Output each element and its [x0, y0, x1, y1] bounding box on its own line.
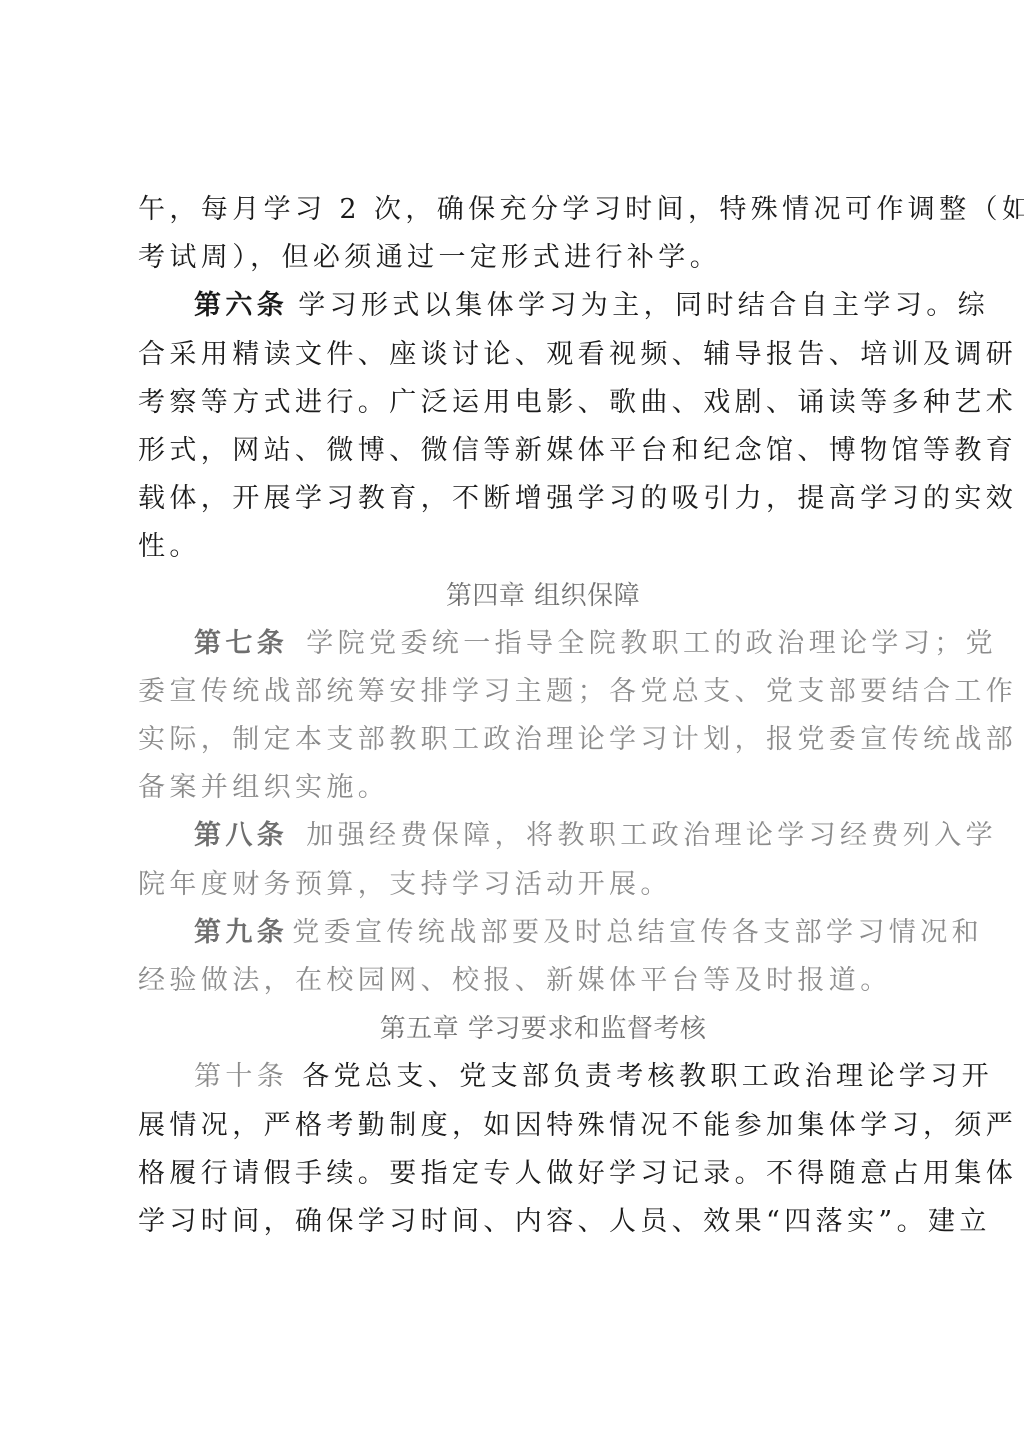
- article-7-first-line: 第七条学院党委统一指导全院教职工的政治理论学习；党: [138, 620, 900, 668]
- text-segment: 学习形式以集体学习为主，同时结合自主学习。综: [298, 290, 989, 321]
- text-line: 经验做法，在校园网、校报、新媒体平台等及时报道。: [138, 957, 900, 1005]
- text-line: 载体，开展学习教育，不断增强学习的吸引力，提高学习的实效: [138, 475, 900, 523]
- article-7-label: 第七条: [194, 628, 288, 659]
- text-line: 委宣传统战部统筹安排学习主题；各党总支、党支部要结合工作: [138, 668, 900, 716]
- text-line: 展情况，严格考勤制度，如因特殊情况不能参加集体学习，须严: [138, 1102, 900, 1150]
- text-segment: 各党总支、党支部负责考核教职工政治理论学习开: [302, 1061, 993, 1092]
- article-9-first-line: 第九条党委宣传统战部要及时总结宣传各支部学习情况和: [138, 909, 900, 957]
- article-8-first-line: 第八条加强经费保障，将教职工政治理论学习经费列入学: [138, 812, 900, 860]
- text-segment: 加强经费保障，将教职工政治理论学习经费列入学: [306, 820, 997, 851]
- text-segment: 学院党委统一指导全院教职工的政治理论学习；党: [306, 628, 997, 659]
- text-segment: 党委宣传统战部要及时总结宣传各支部学习情况和: [292, 917, 983, 948]
- article-9-label: 第九条: [194, 917, 288, 948]
- text-line: 形式，网站、微博、微信等新媒体平台和纪念馆、博物馆等教育: [138, 427, 900, 475]
- article-10-first-line: 第十条各党总支、党支部负责考核教职工政治理论学习开: [138, 1053, 900, 1101]
- article-6-label: 第六条: [194, 290, 288, 321]
- text-line: 合采用精读文件、座谈讨论、观看视频、辅导报告、培训及调研: [138, 331, 900, 379]
- chapter-5-heading: 第五章 学习要求和监督考核: [138, 1005, 900, 1053]
- text-line: 院年度财务预算，支持学习活动开展。: [138, 861, 900, 909]
- text-line: 备案并组织实施。: [138, 764, 900, 812]
- article-8-label: 第八条: [194, 820, 288, 851]
- article-10-label: 第十条: [194, 1061, 288, 1092]
- document-page: 午，每月学习 2 次，确保充分学习时间，特殊情况可作调整（如 考试周），但必须通…: [138, 186, 900, 1246]
- text-line: 考试周），但必须通过一定形式进行补学。: [138, 234, 900, 282]
- text-line: 实际，制定本支部教职工政治理论学习计划，报党委宣传统战部: [138, 716, 900, 764]
- chapter-4-heading: 第四章 组织保障: [138, 572, 900, 620]
- text-line: 学习时间，确保学习时间、内容、人员、效果“四落实”。建立: [138, 1198, 900, 1246]
- text-line: 午，每月学习 2 次，确保充分学习时间，特殊情况可作调整（如: [138, 186, 900, 234]
- text-line: 性。: [138, 523, 900, 571]
- text-line: 考察等方式进行。广泛运用电影、歌曲、戏剧、诵读等多种艺术: [138, 379, 900, 427]
- article-6-first-line: 第六条学习形式以集体学习为主，同时结合自主学习。综: [138, 282, 900, 330]
- text-line: 格履行请假手续。要指定专人做好学习记录。不得随意占用集体: [138, 1150, 900, 1198]
